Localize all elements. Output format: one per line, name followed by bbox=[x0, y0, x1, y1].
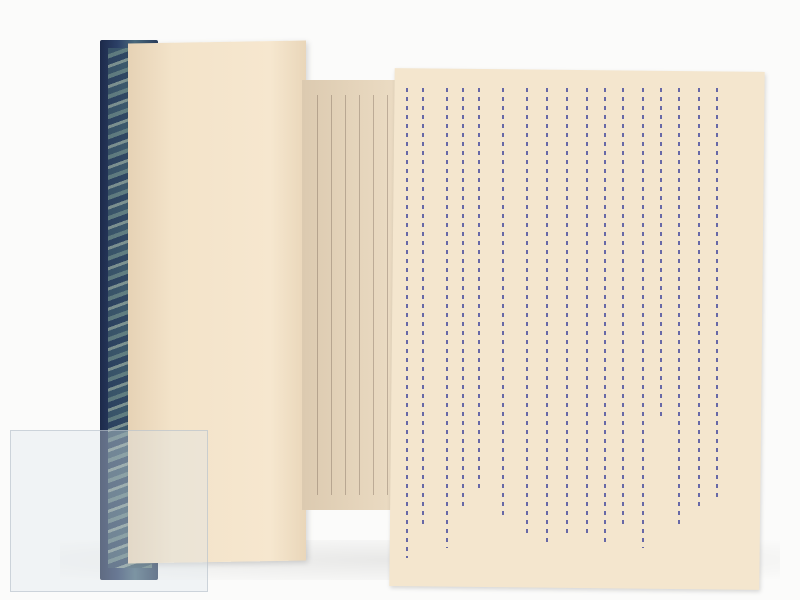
scene-description: Open bound book with marbled blue cover … bbox=[0, 0, 1, 1]
acrylic-stand bbox=[10, 430, 208, 592]
manuscript-handwriting bbox=[398, 78, 758, 578]
